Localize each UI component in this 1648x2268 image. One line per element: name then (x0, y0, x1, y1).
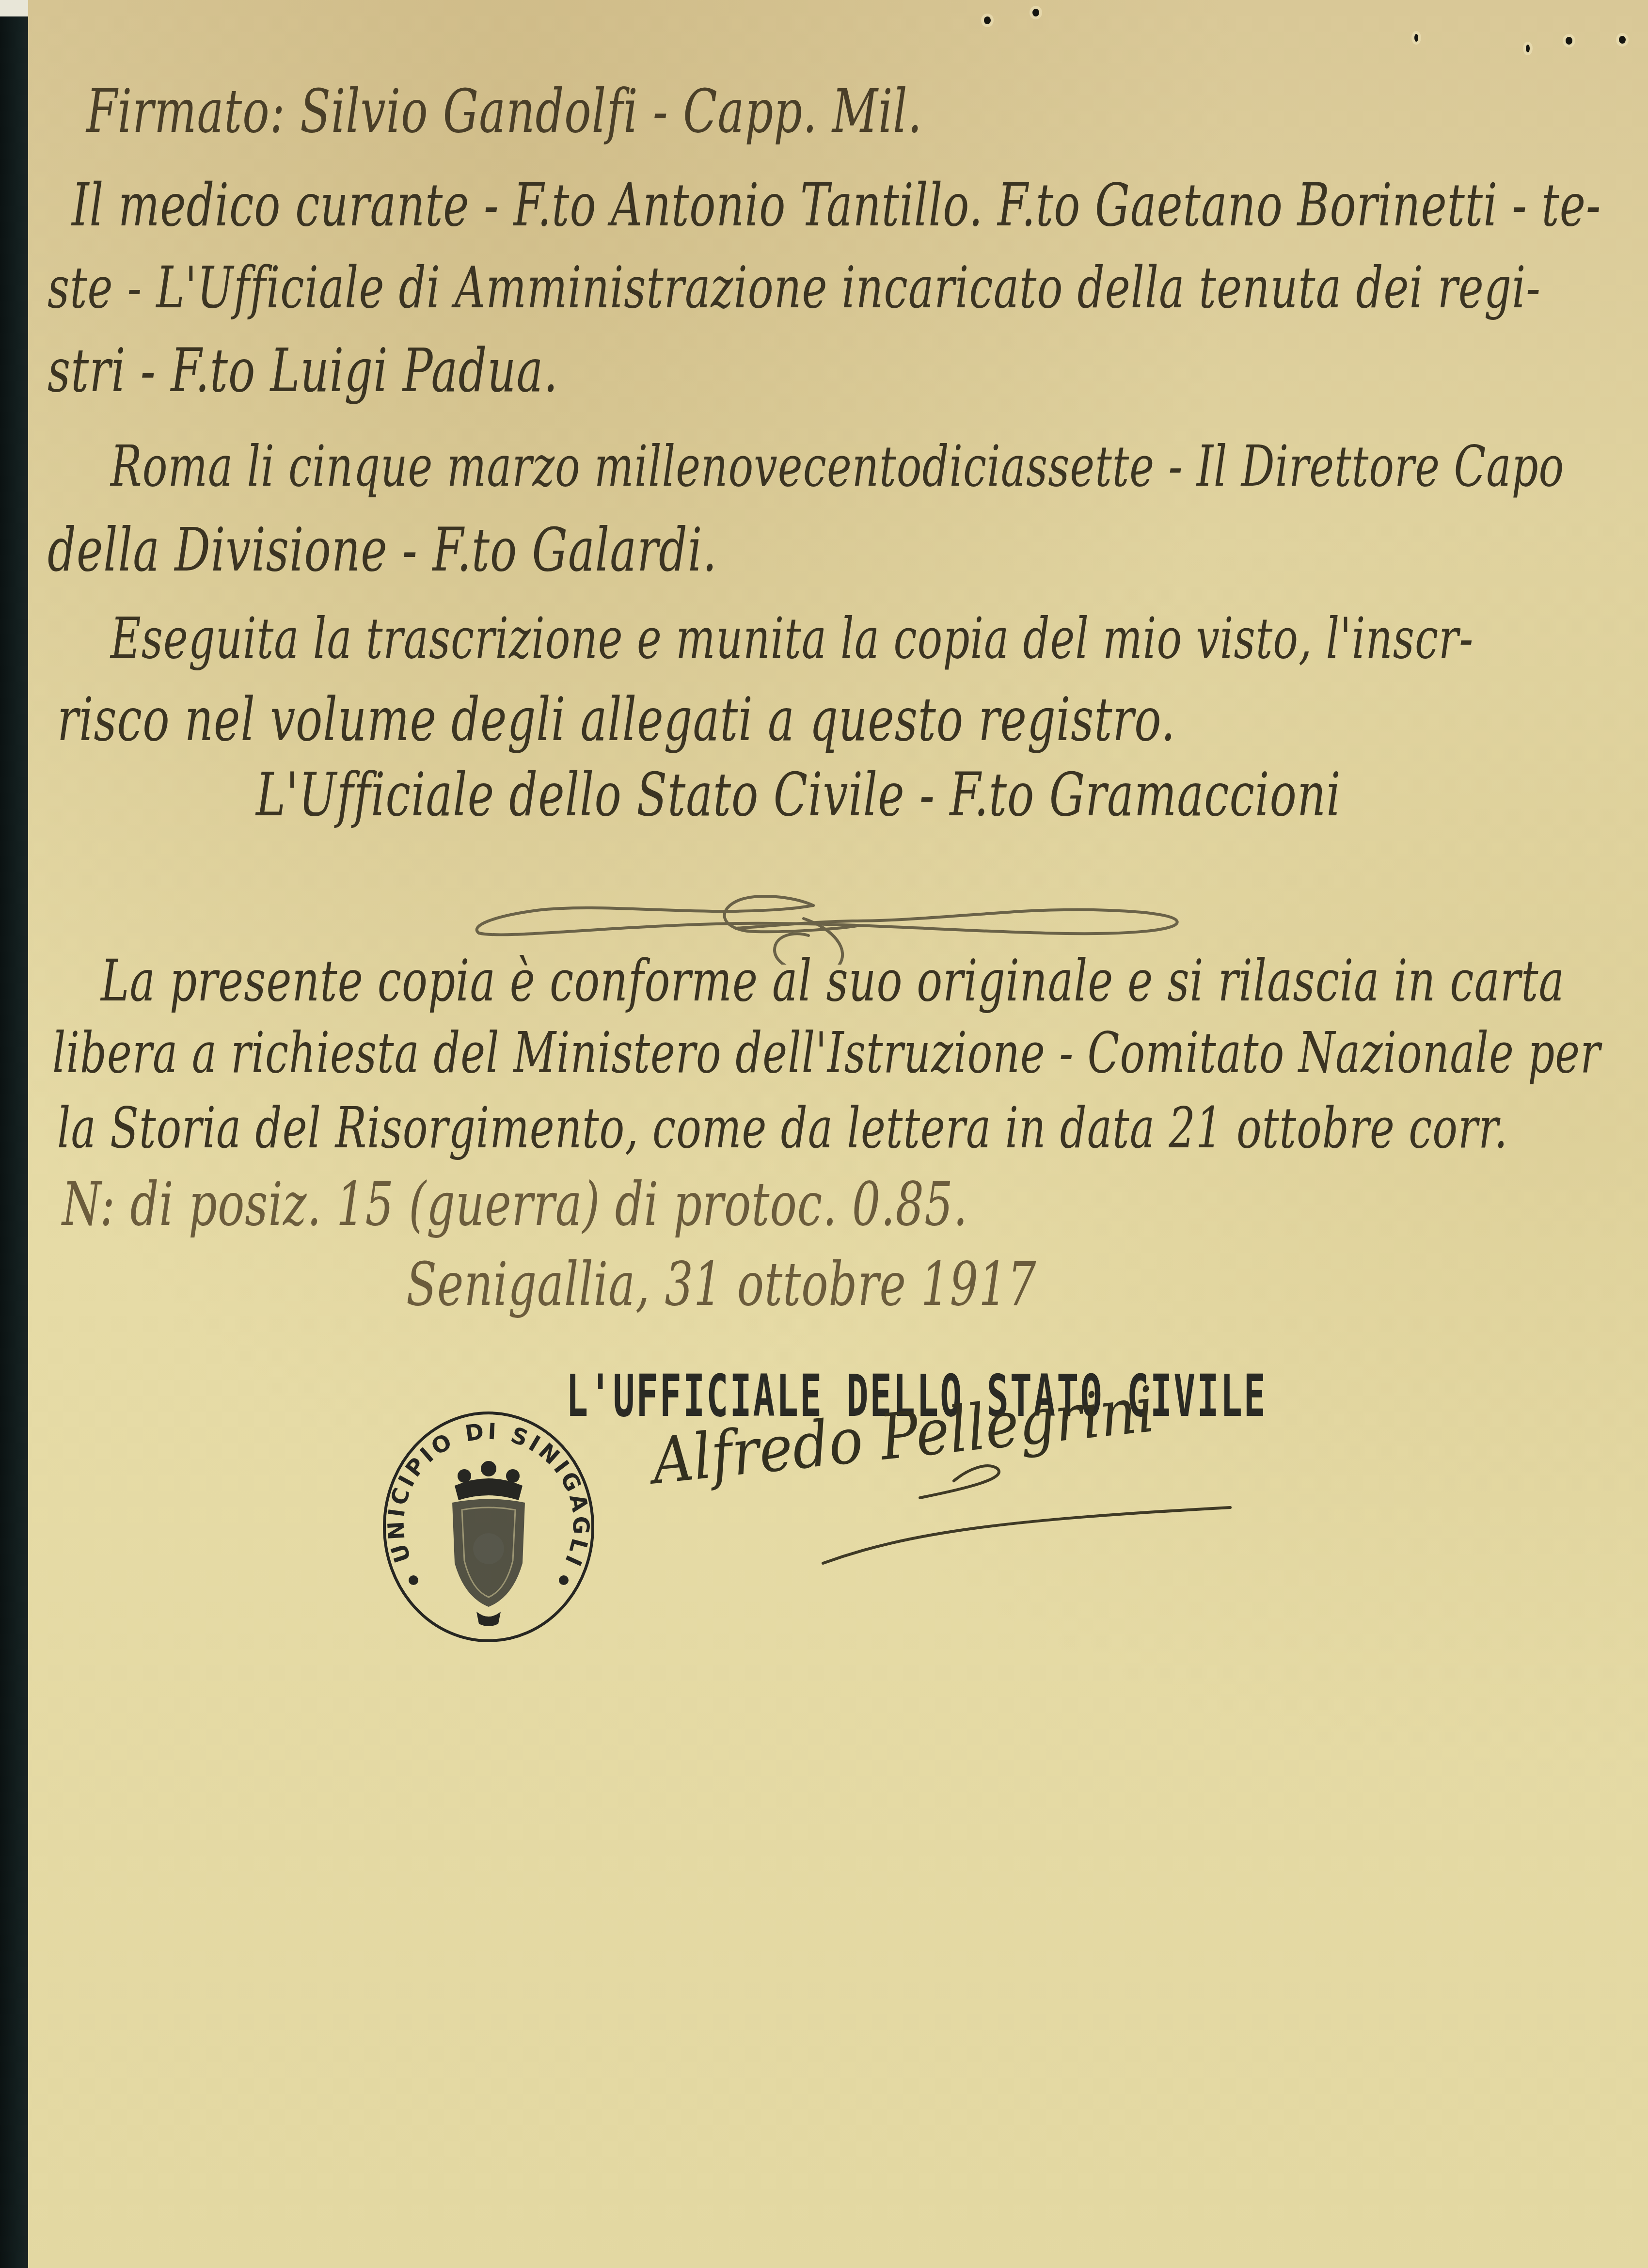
record-line-transcription: Eseguita la trascrizione e munita la cop… (111, 611, 1474, 667)
record-line-registrar: stri - F.to Luigi Padua. (48, 341, 558, 401)
record-line-signed-by: Firmato: Silvio Gandolfi - Capp. Mil. (86, 81, 922, 142)
record-line-rome-date: Roma li cinque marzo millenovecentodicia… (111, 439, 1564, 495)
record-line-volume: risco nel volume degli allegati a questo… (57, 690, 1175, 750)
certification-protocol-number: N: di posiz. 15 (guerra) di protoc. 0.85… (62, 1174, 968, 1235)
pinhole-icon (1619, 36, 1626, 44)
certification-line-3: la Storia del Risorgimento, come da lett… (57, 1100, 1508, 1157)
certification-line-2: libera a richiesta del Ministero dell'Is… (52, 1025, 1600, 1081)
pinhole-icon (984, 16, 991, 24)
document-page: Firmato: Silvio Gandolfi - Capp. Mil. Il… (28, 0, 1648, 2268)
pinhole-icon (1032, 9, 1039, 16)
pinhole-icon (1414, 34, 1418, 42)
scan-corner-patch (0, 0, 28, 16)
place-and-date: Senigallia, 31 ottobre 1917 (406, 1254, 1036, 1315)
certification-line-1: La presente copia è conforme al suo orig… (101, 952, 1565, 1010)
signature-underline-icon (571, 1435, 1298, 1580)
scan-binding-edge (0, 0, 28, 2268)
municipal-seal-icon: MUNICIPIO DI SINIGAGLIA (367, 1403, 610, 1646)
record-line-doctor: Il medico curante - F.to Antonio Tantill… (72, 176, 1601, 236)
pinhole-icon (1566, 37, 1572, 45)
record-line-division: della Divisione - F.to Galardi. (48, 520, 717, 580)
record-line-civil-officer: L'Ufficiale dello Stato Civile - F.to Gr… (256, 765, 1341, 825)
record-line-admin-officer: ste - L'Ufficiale di Amministrazione inc… (48, 259, 1541, 317)
pinhole-icon (1526, 45, 1530, 52)
